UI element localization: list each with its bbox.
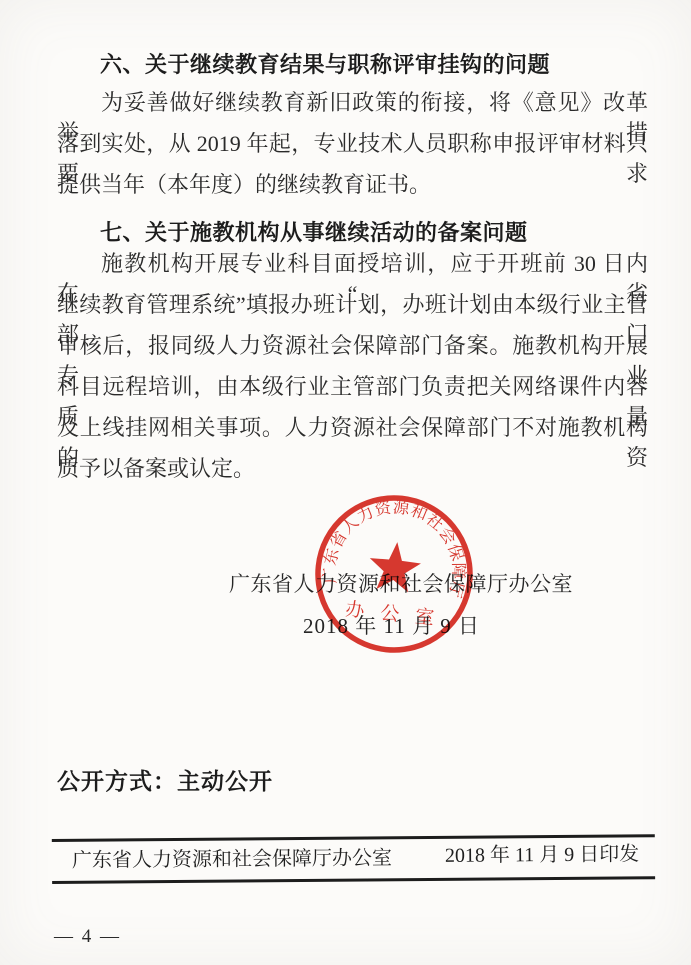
official-seal: 广东省人力资源和社会保障厅 办 公 室 [312,492,476,660]
section-7-heading: 七、关于施教机构从事继续活动的备案问题 [100,218,528,248]
publicity-method: 公开方式：主动公开 [57,766,273,796]
colophon: 广东省人力资源和社会保障厅办公室 2018 年 11 月 9 日印发 [52,830,655,895]
section-6-heading: 六、关于继续教育结果与职称评审挂钩的问题 [100,50,550,80]
document-body: 六、关于继续教育结果与职称评审挂钩的问题 为妥善做好继续教育新旧政策的衔接，将《… [57,0,648,965]
seal-inner-text-2: 公 [379,603,400,626]
section-7-line-6: 质予以备案或认定。 [57,454,648,484]
seal-inner-text-3: 室 [414,606,435,630]
page-number: — 4 — [54,925,121,949]
colophon-issuer: 广东省人力资源和社会保障厅办公室 [72,845,392,874]
document-page: 六、关于继续教育结果与职称评审挂钩的问题 为妥善做好继续教育新旧政策的衔接，将《… [0,0,691,965]
colophon-top-rule [52,834,655,841]
colophon-bottom-rule [52,876,655,883]
section-6-line-3: 提供当年（本年度）的继续教育证书。 [57,170,648,200]
seal-inner-text-1: 办 [344,598,366,622]
star-icon [367,539,423,593]
colophon-print-date: 2018 年 11 月 9 日印发 [445,841,639,869]
